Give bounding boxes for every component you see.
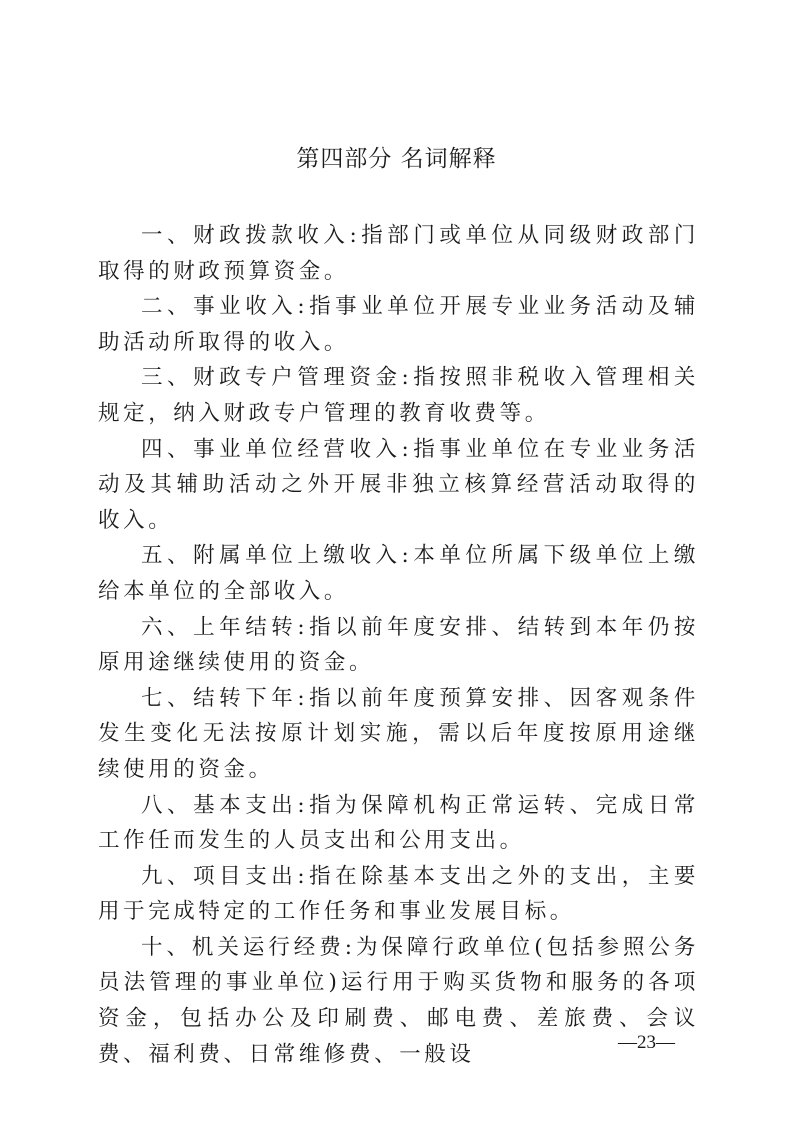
definition-paragraph-8: 八、基本支出:指为保障机构正常运转、完成日常工作任而发生的人员支出和公用支出。 <box>98 788 699 859</box>
definition-paragraph-3: 三、财政专户管理资金:指按照非税收入管理相关规定，纳入财政专户管理的教育收费等。 <box>98 360 699 431</box>
definition-paragraph-5: 五、附属单位上缴收入:本单位所属下级单位上缴给本单位的全部收入。 <box>98 538 699 609</box>
definition-paragraph-2: 二、事业收入:指事业单位开展专业业务活动及辅助活动所取得的收入。 <box>98 289 699 360</box>
definition-paragraph-1: 一、财政拨款收入:指部门或单位从同级财政部门取得的财政预算资金。 <box>98 218 699 289</box>
definition-paragraph-7: 七、结转下年:指以前年度预算安排、因客观条件发生变化无法按原计划实施，需以后年度… <box>98 681 699 788</box>
definition-paragraph-10: 十、机关运行经费:为保障行政单位(包括参照公务员法管理的事业单位)运行用于购买货… <box>98 930 699 1072</box>
page-title: 第四部分 名词解释 <box>0 140 793 173</box>
definition-paragraph-9: 九、项目支出:指在除基本支出之外的支出，主要用于完成特定的工作任务和事业发展目标… <box>98 859 699 930</box>
document-body: 一、财政拨款收入:指部门或单位从同级财政部门取得的财政预算资金。 二、事业收入:… <box>98 218 699 1072</box>
page-number: —23— <box>618 1032 675 1054</box>
definition-paragraph-4: 四、事业单位经营收入:指事业单位在专业业务活动及其辅助活动之外开展非独立核算经营… <box>98 432 699 539</box>
definition-paragraph-6: 六、上年结转:指以前年度安排、结转到本年仍按原用途继续使用的资金。 <box>98 610 699 681</box>
